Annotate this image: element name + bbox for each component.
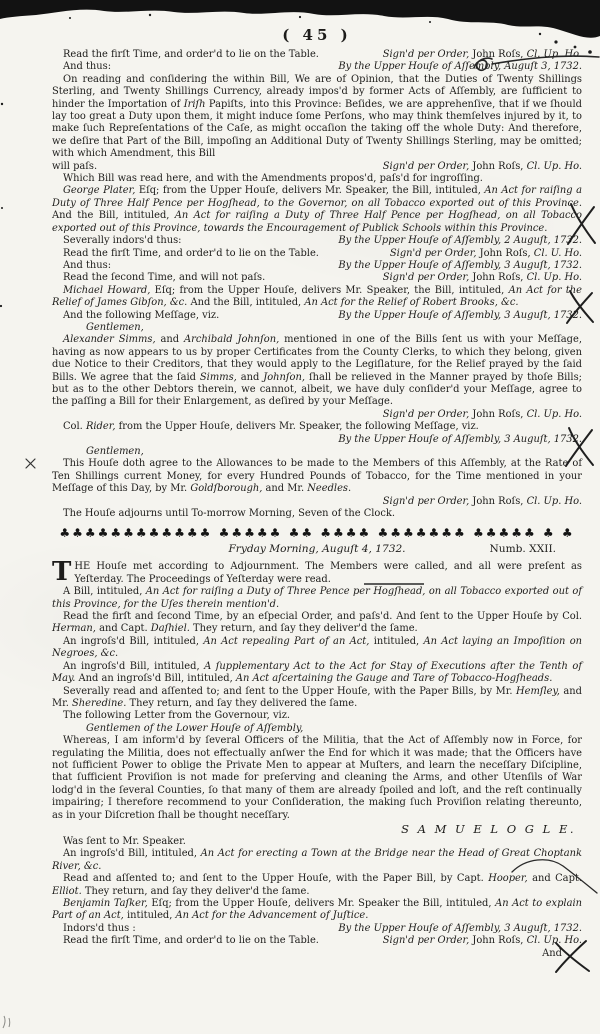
- signature: S A M U E L O G L E.: [52, 822, 582, 836]
- text-segment: Needles.: [307, 483, 351, 494]
- text-segment: Herman,: [52, 623, 96, 634]
- text-segment: Daſhiel.: [151, 623, 190, 634]
- text-segment: Whereas, I am inform'd by ſeveral Office…: [52, 735, 582, 820]
- text-segment: An Act for the Relief of Robert Brooks, …: [304, 297, 518, 308]
- text-segment: Read the firſt Time, and order'd to lie …: [63, 935, 319, 946]
- order-line: Read the firſt Time, and order'd to lie …: [52, 248, 582, 260]
- session-date: Fryday Morning, Auguſt 4, 1732.: [228, 543, 405, 555]
- endorsement-line: Indors'd thus :By the Upper Houſe of Aſſ…: [52, 923, 582, 935]
- proceedings-paragraph: A Bill, intituled, An Act for raiſing a …: [52, 586, 582, 611]
- text-segment: Goldſborough,: [190, 483, 262, 494]
- line-left-text: Read the firſt Time, and order'd to lie …: [52, 49, 319, 61]
- text-segment: Alexander Simms,: [63, 334, 156, 345]
- text-segment: and Mr.: [262, 483, 307, 494]
- text-segment: Johnſon,: [263, 372, 305, 383]
- text-segment: Severally indors'd thus:: [63, 235, 182, 246]
- text-segment: Cl. Up. Ho.: [527, 409, 582, 420]
- text-segment: Hooper,: [488, 873, 527, 884]
- text-segment: Cl. Up. Ho.: [527, 49, 582, 60]
- proceedings-paragraph: Read the firſt and ſecond Time, by an eſ…: [52, 611, 582, 636]
- text-segment: and: [156, 334, 184, 345]
- line-left-text: Severally indors'd thus:: [52, 235, 182, 247]
- text-segment: By the Upper Houſe of Aſſembly, 3 Auguſt…: [338, 923, 582, 934]
- proceedings-paragraph: An ingroſs'd Bill, intituled, A ſuppleme…: [52, 661, 582, 686]
- text-segment: An ingroſs'd Bill, intituled,: [63, 661, 204, 672]
- text-segment: An ingroſs'd Bill, intituled,: [63, 636, 203, 647]
- message-paragraph: This Houſe doth agree to the Allowances …: [52, 458, 582, 495]
- text-segment: Read and aſſented to; and ſent to the Up…: [63, 873, 488, 884]
- line-right-attribution: Sign'd per Order, John Roſs, Cl. Up. Ho.: [383, 49, 582, 61]
- text-segment: John Roſs,: [476, 248, 533, 259]
- text-segment: Elliot.: [52, 886, 82, 897]
- endorsement-line: And thus:By the Upper Houſe of Aſſembly,…: [52, 61, 582, 73]
- governor-letter-paragraph: Whereas, I am inform'd by ſeveral Office…: [52, 735, 582, 822]
- session-masthead: Fryday Morning, Auguſt 4, 1732. Numb. XX…: [52, 543, 582, 555]
- line-left-text: And the following Meſſage, viz.: [52, 310, 219, 322]
- text-segment: from the Upper Houſe, delivers Mr. Speak…: [115, 421, 478, 432]
- proceedings-paragraph: Michael Howard, Eſq; from the Upper Houſ…: [52, 285, 582, 310]
- small-x-left-margin: [26, 459, 35, 468]
- text-segment: Read the ſecond Time, and will not paſs.: [63, 272, 265, 283]
- session-opening: THE Houſe met according to Adjournment. …: [52, 561, 582, 586]
- line-right-attribution: By the Upper Houſe of Aſſembly, Auguſt 3…: [338, 61, 582, 73]
- text-segment: Cl. U. Ho.: [534, 248, 582, 259]
- text-segment: And thus:: [63, 260, 111, 271]
- text-segment: Cl. Up. Ho.: [527, 935, 582, 946]
- text-segment: By the Upper Houſe of Aſſembly, Auguſt 3…: [338, 61, 582, 72]
- printers-ornament-band: ♣♣♣♣♣♣♣♣♣♣♣♣ ♣♣♣♣♣ ♣♣ ♣♣♣♣ ♣♣♣♣♣♣♣ ♣♣♣♣♣…: [52, 527, 582, 539]
- text-segment: John Roſs,: [469, 496, 526, 507]
- endorsement-line: And thus:By the Upper Houſe of Aſſembly,…: [52, 260, 582, 272]
- text-segment: By the Upper Houſe of Aſſembly, 3 Auguſt…: [338, 434, 582, 445]
- text-segment: Hemſley,: [516, 686, 560, 697]
- text-segment: An Act for the Advancement of Juſtice.: [176, 910, 369, 921]
- text-segment: Which Bill was read here, and with the A…: [63, 173, 483, 184]
- text-segment: John Roſs,: [469, 161, 526, 172]
- text-segment: Sign'd per Order,: [383, 161, 470, 172]
- drop-cap: T: [52, 561, 74, 583]
- proceedings-paragraph: Severally read and aſſented to; and ſent…: [52, 686, 582, 711]
- proceedings-paragraph: Which Bill was read here, and with the A…: [52, 173, 582, 185]
- text-segment: Col.: [63, 421, 86, 432]
- page-number: ( 45 ): [52, 26, 582, 44]
- text-segment: And the Bill, intituled,: [187, 297, 304, 308]
- text-segment: John Roſs,: [469, 409, 526, 420]
- text-segment: Sign'd per Order,: [383, 409, 470, 420]
- text-segment: Gentlemen,: [86, 322, 144, 333]
- text-segment: John Roſs,: [469, 49, 526, 60]
- catchword: And: [52, 948, 582, 960]
- proceedings-paragraph: Benjamin Taſker, Eſq; from the Upper Hou…: [52, 898, 582, 923]
- text-segment: Sheredine.: [72, 698, 126, 709]
- text-segment: A Bill, intituled,: [63, 586, 146, 597]
- proceedings-paragraph: The following Letter from the Governour,…: [52, 710, 582, 722]
- line-right-attribution: By the Upper Houſe of Aſſembly, 3 Auguſt…: [338, 310, 582, 322]
- salutation: Gentlemen of the Lower Houſe of Aſſembly…: [52, 723, 582, 735]
- text-segment: Sign'd per Order,: [390, 248, 477, 259]
- text-segment: Archibald Johnſon,: [184, 334, 279, 345]
- text-segment: Cl. Up. Ho.: [527, 161, 582, 172]
- issue-number: Numb. XXII.: [490, 543, 556, 555]
- line-right-attribution: Sign'd per Order, John Roſs, Cl. Up. Ho.: [383, 272, 582, 284]
- text-segment: And the Bill, intituled,: [52, 210, 175, 221]
- text-segment: Cl. Up. Ho.: [527, 272, 582, 283]
- page-content: ( 45 ) Read the firſt Time, and order'd …: [52, 26, 582, 960]
- message-paragraph: Alexander Simms, and Archibald Johnſon, …: [52, 334, 582, 408]
- text-segment: Simms,: [200, 372, 237, 383]
- text-segment: Sign'd per Order,: [383, 49, 470, 60]
- session-august-3-proceedings: Read the firſt Time, and order'd to lie …: [52, 49, 582, 520]
- line-left-text: And thus:: [52, 61, 111, 73]
- salutation: Gentlemen,: [52, 446, 582, 458]
- text-segment: Sign'd per Order,: [383, 496, 470, 507]
- text-segment: Severally read and aſſented to; and ſent…: [63, 686, 516, 697]
- text-segment: Michael Howard,: [63, 285, 150, 296]
- attribution: Sign'd per Order, John Roſs, Cl. Up. Ho.: [52, 409, 582, 421]
- text-segment: Eſq; from the Upper Houſe, delivers Mr. …: [135, 185, 484, 196]
- text-segment: Sign'd per Order,: [383, 935, 470, 946]
- text-segment: Indors'd thus :: [63, 923, 136, 934]
- proceedings-paragraph: George Plater, Eſq; from the Upper Houſe…: [52, 185, 582, 235]
- text-segment: Gentlemen of the Lower Houſe of Aſſembly…: [86, 723, 303, 734]
- adjournment-line: The Houſe adjourns until To-morrow Morni…: [52, 508, 582, 520]
- text-segment: and Capt.: [96, 623, 151, 634]
- text-segment: Sign'd per Order,: [383, 272, 470, 283]
- session-august-4-proceedings: THE Houſe met according to Adjournment. …: [52, 561, 582, 960]
- text-segment: Rider,: [86, 421, 116, 432]
- line-right-attribution: By the Upper Houſe of Aſſembly, 3 Auguſt…: [338, 923, 582, 935]
- order-line: Read the firſt Time, and order'd to lie …: [52, 49, 582, 61]
- attribution: By the Upper Houſe of Aſſembly, 3 Auguſt…: [52, 434, 582, 446]
- line-left-text: Read the firſt Time, and order'd to lie …: [52, 248, 319, 260]
- text-segment: and: [237, 372, 264, 383]
- text-segment: An ingroſs'd Bill, intituled,: [63, 848, 201, 859]
- order-line: Read the firſt Time, and order'd to lie …: [52, 935, 582, 947]
- line-left-text: And thus:: [52, 260, 111, 272]
- text-segment: intituled,: [124, 910, 176, 921]
- text-segment: They return, and ſay they deliver'd the …: [190, 623, 418, 634]
- scanned-page: ( 45 ) Read the firſt Time, and order'd …: [0, 0, 600, 1034]
- text-segment: John Roſs,: [469, 935, 526, 946]
- proceedings-paragraph: Read and aſſented to; and ſent to the Up…: [52, 873, 582, 898]
- line-left-text: will paſs.: [52, 161, 97, 173]
- text-segment: By the Upper Houſe of Aſſembly, 2 Auguſt…: [338, 235, 582, 246]
- salutation: Gentlemen,: [52, 322, 582, 334]
- endorsement-line: And the following Meſſage, viz.By the Up…: [52, 310, 582, 322]
- line-right-attribution: Sign'd per Order, John Roſs, Cl. Up. Ho.: [383, 935, 582, 947]
- line-right-attribution: Sign'd per Order, John Roſs, Cl. U. Ho.: [390, 248, 582, 260]
- text-segment: The following Letter from the Governour,…: [63, 710, 290, 721]
- text-segment: Eſq; from the Upper Houſe, delivers Mr. …: [150, 285, 508, 296]
- line-right-attribution: Sign'd per Order, John Roſs, Cl. Up. Ho.: [383, 161, 582, 173]
- text-segment: By the Upper Houſe of Aſſembly, 3 Auguſt…: [338, 310, 582, 321]
- text-segment: And the following Meſſage, viz.: [63, 310, 219, 321]
- text-segment: The Houſe adjourns until To-morrow Morni…: [63, 508, 395, 519]
- text-segment: intituled,: [369, 636, 423, 647]
- text-segment: Gentlemen,: [86, 446, 144, 457]
- text-segment: and Capt.: [528, 873, 582, 884]
- order-line: Read the ſecond Time, and will not paſs.…: [52, 272, 582, 284]
- text-segment: Cl. Up. Ho.: [527, 496, 582, 507]
- text-segment: They return, and ſay they delivered the …: [126, 698, 357, 709]
- text-segment: Read the firſt Time, and order'd to lie …: [63, 49, 319, 60]
- proceedings-paragraph: An ingroſs'd Bill, intituled, An Act for…: [52, 848, 582, 873]
- text-segment: Read the firſt Time, and order'd to lie …: [63, 248, 319, 259]
- line-left-text: Read the firſt Time, and order'd to lie …: [52, 935, 319, 947]
- line-right-attribution: By the Upper Houſe of Aſſembly, 3 Auguſt…: [338, 260, 582, 272]
- proceedings-paragraph: Was ſent to Mr. Speaker.: [52, 836, 582, 848]
- message-paragraph: On reading and conſidering the within Bi…: [52, 74, 582, 161]
- text-segment: And thus:: [63, 61, 111, 72]
- text-segment: Read the firſt and ſecond Time, by an eſ…: [63, 611, 582, 622]
- attribution: Sign'd per Order, John Roſs, Cl. Up. Ho.: [52, 496, 582, 508]
- endorsement-line: Severally indors'd thus:By the Upper Hou…: [52, 235, 582, 247]
- text-segment: An Act aſcertaining the Gauge and Tare o…: [236, 673, 552, 684]
- corner-smudge-bottom-left: [3, 1016, 10, 1028]
- text-segment: John Roſs,: [469, 272, 526, 283]
- text-segment: Was ſent to Mr. Speaker.: [63, 836, 186, 847]
- text-segment: And: [542, 948, 562, 959]
- text-segment: An Act repealing Part of an Act,: [203, 636, 369, 647]
- text-segment: S A M U E L O G L E.: [401, 822, 576, 836]
- line-left-text: Read the ſecond Time, and will not paſs.: [52, 272, 265, 284]
- order-line: will paſs.Sign'd per Order, John Roſs, C…: [52, 161, 582, 173]
- text-segment: Benjamin Taſker,: [63, 898, 148, 909]
- text-segment: Iriſh: [184, 99, 206, 110]
- text-segment: Eſq; from the Upper Houſe, delivers Mr. …: [148, 898, 495, 909]
- text-segment: They return, and ſay they deliver'd the …: [82, 886, 310, 897]
- line-left-text: Indors'd thus :: [52, 923, 136, 935]
- text-segment: George Plater,: [63, 185, 135, 196]
- text-segment: And an ingroſs'd Bill, intituled,: [75, 673, 235, 684]
- text-segment: will paſs.: [52, 161, 97, 172]
- text-segment: By the Upper Houſe of Aſſembly, 3 Auguſt…: [338, 260, 582, 271]
- proceedings-paragraph: Col. Rider, from the Upper Houſe, delive…: [52, 421, 582, 433]
- text-segment: HE Houſe met according to Adjournment. T…: [74, 561, 582, 584]
- proceedings-paragraph: An ingroſs'd Bill, intituled, An Act rep…: [52, 636, 582, 661]
- line-right-attribution: By the Upper Houſe of Aſſembly, 2 Auguſt…: [338, 235, 582, 247]
